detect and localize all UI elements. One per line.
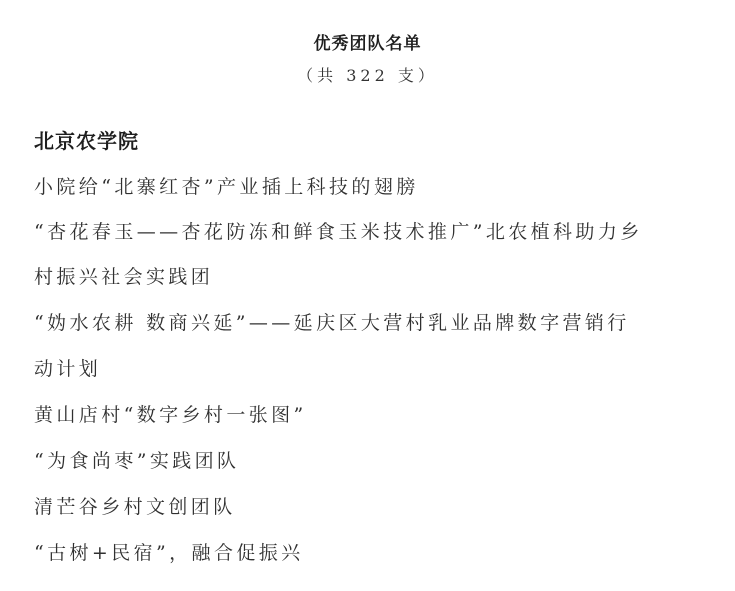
team-entry: “杏花春玉——杏花防冻和鲜食玉米技术推广”北农植科助力乡 bbox=[34, 217, 643, 244]
team-entry: “古树+民宿”，融合促振兴 bbox=[34, 538, 304, 565]
team-entry: “为食尚枣”实践团队 bbox=[34, 446, 239, 473]
list-title: 优秀团队名单 bbox=[0, 29, 735, 54]
school-heading: 北京农学院 bbox=[34, 125, 139, 154]
team-count-subtitle: （共 322 支） bbox=[0, 63, 735, 86]
team-entry-continuation: 动计划 bbox=[34, 354, 101, 381]
team-entry: 黄山店村“数字乡村一张图” bbox=[34, 400, 307, 427]
team-entry: “妫水农耕 数商兴延”——延庆区大营村乳业品牌数字营销行 bbox=[34, 308, 630, 335]
team-entry: 小院给“北寨红杏”产业插上科技的翅膀 bbox=[34, 172, 419, 199]
team-entry: 清芒谷乡村文创团队 bbox=[34, 492, 236, 519]
team-entry-continuation: 村振兴社会实践团 bbox=[34, 262, 213, 289]
